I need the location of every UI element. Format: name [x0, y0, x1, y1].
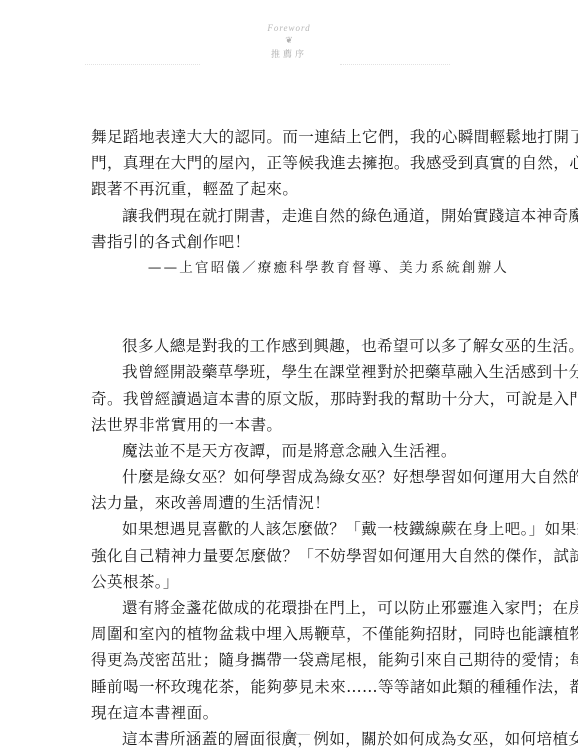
page-body: 舞足蹈地表達大大的認同。而一連結上它們，我的心瞬間輕鬆地打開了大 門，真理在大門…: [91, 124, 515, 749]
header-title-en: Foreword: [0, 22, 578, 34]
text-line: 舞足蹈地表達大大的認同。而一連結上它們，我的心瞬間輕鬆地打開了大: [91, 124, 515, 150]
text-line: 我曾經開設藥草學班，學生在課堂裡對於把藥草融入生活感到十分新: [91, 359, 515, 385]
header-rule-left: [85, 64, 200, 65]
text-line: 還有將金盞花做成的花環掛在門上，可以防止邪靈進入家門；在房子: [91, 595, 515, 621]
text-line: 奇。我曾經讀過這本書的原文版，那時對我的幫助十分大，可說是入門魔: [91, 386, 515, 412]
text-line: 法力量，來改善周遭的生活情況！: [91, 490, 515, 516]
fleuron-icon: ❦: [0, 34, 578, 48]
text-line: 法世界非常實用的一本書。: [91, 412, 515, 438]
text-line: 門，真理在大門的屋內，正等候我進去擁抱。我感受到真實的自然，心也: [91, 150, 515, 176]
signature: ——上官昭儀／療癒科學教育督導、美力系統創辦人: [91, 255, 515, 281]
text-line: 周圍和室內的植物盆栽中埋入馬鞭草，不僅能夠招財，同時也能讓植物長: [91, 621, 515, 647]
text-line: 現在這本書裡面。: [91, 700, 515, 726]
foreword-section-2: 很多人總是對我的工作感到興趣，也希望可以多了解女巫的生活。我曾經開設藥草學班，學…: [91, 333, 515, 749]
text-line: 公英根茶。」: [91, 569, 515, 595]
text-line: 魔法並不是天方夜譚，而是將意念融入生活裡。: [91, 438, 515, 464]
text-line: 跟著不再沉重，輕盈了起來。: [91, 176, 515, 202]
text-line: 書指引的各式創作吧！: [91, 229, 515, 255]
text-line: 很多人總是對我的工作感到興趣，也希望可以多了解女巫的生活。: [91, 333, 515, 359]
page-number: 6: [0, 726, 578, 741]
page-number-value: 6: [286, 726, 292, 740]
text-line: 得更為茂密茁壯；隨身攜帶一袋鳶尾根，能夠引來自己期待的愛情；每天: [91, 647, 515, 673]
text-line: 什麼是綠女巫？如何學習成為綠女巫？好想學習如何運用大自然的魔: [91, 464, 515, 490]
text-line: 如果想遇見喜歡的人該怎麼做？「戴一枝鐵線蕨在身上吧。」如果想: [91, 516, 515, 542]
text-line: 強化自己精神力量要怎麼做？「不妨學習如何運用大自然的傑作，試試蒲: [91, 543, 515, 569]
page-dash-left: [268, 734, 282, 735]
section-gap: [91, 281, 515, 333]
text-line: 讓我們現在就打開書，走進自然的綠色通道，開始實踐這本神奇魔法: [91, 203, 515, 229]
header-title-zh: 推薦序: [0, 48, 578, 62]
header-rule-right: [340, 64, 450, 65]
text-line: 睡前喝一杯玫瑰花茶，能夠夢見未來……等等諸如此類的種種作法，都呈: [91, 674, 515, 700]
foreword-end: 舞足蹈地表達大大的認同。而一連結上它們，我的心瞬間輕鬆地打開了大 門，真理在大門…: [91, 124, 515, 281]
page-dash-right: [296, 734, 310, 735]
running-header: Foreword ❦ 推薦序: [0, 22, 578, 62]
